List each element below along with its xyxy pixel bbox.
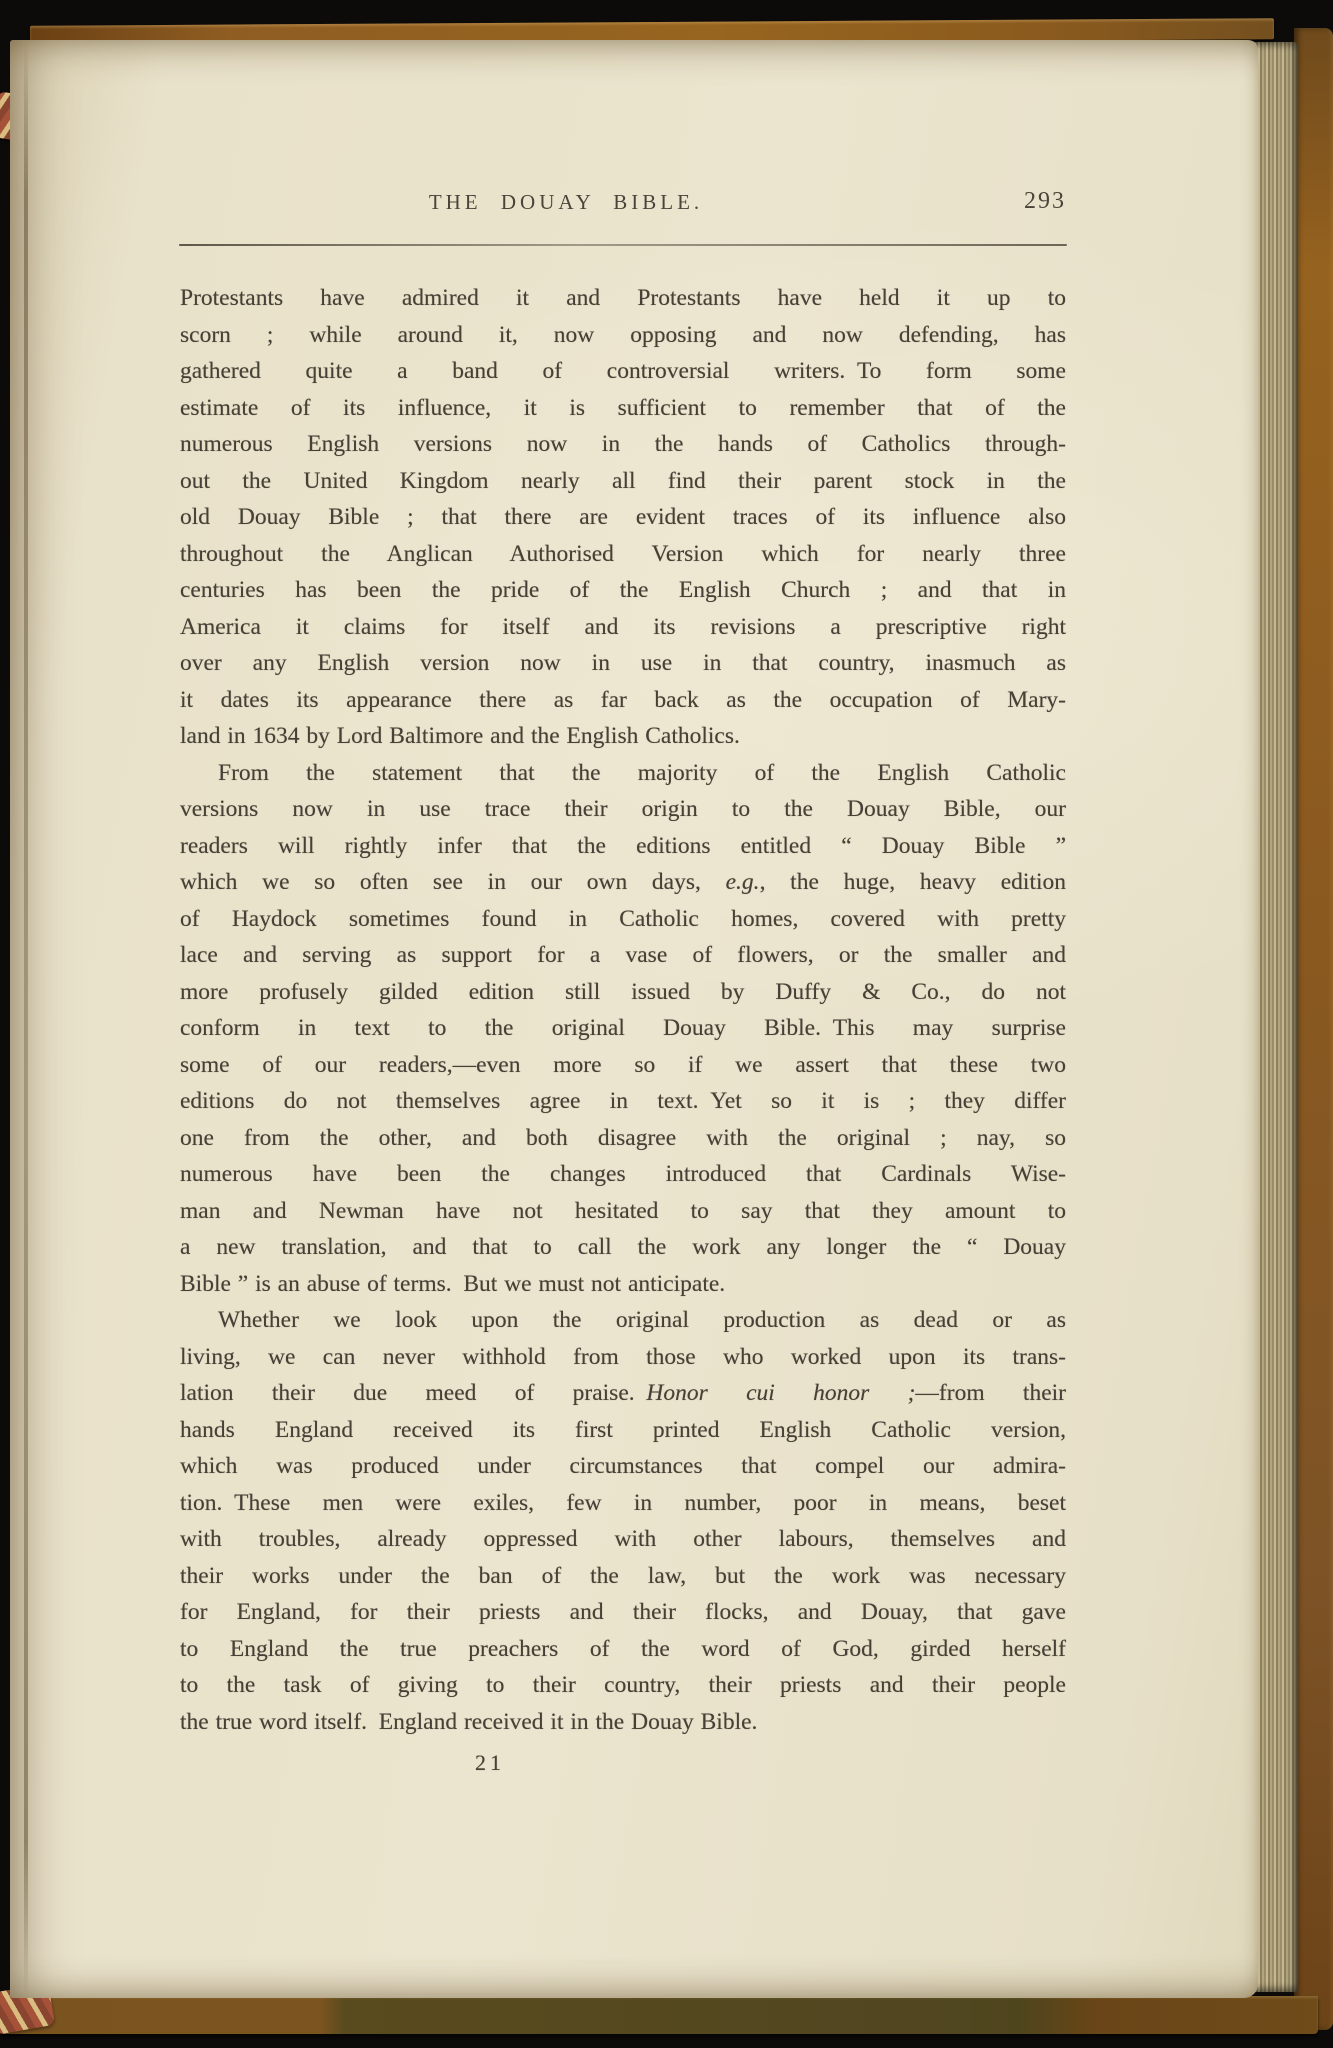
text-line: throughout the Anglican Authorised Versi… [180, 536, 1066, 573]
text-line: Protestants have admired it and Protesta… [180, 280, 1066, 317]
text-line: tion. These men were exiles, few in numb… [180, 1485, 1066, 1522]
text-line: land in 1634 by Lord Baltimore and the E… [180, 718, 1066, 755]
gutter-shadow [24, 40, 28, 1998]
paragraph: Whether we look upon the original produc… [180, 1302, 1066, 1740]
text-line: Whether we look upon the original produc… [180, 1302, 1066, 1339]
paragraph: From the statement that the majority of … [180, 755, 1066, 1303]
text-line: which we so often see in our own days, e… [180, 864, 1066, 901]
text-line: one from the other, and both disagree wi… [180, 1120, 1066, 1157]
page-header: THE DOUAY BIBLE. 293 [180, 190, 1066, 224]
text-line: numerous English versions now in the han… [180, 426, 1066, 463]
text-line: gathered quite a band of controversial w… [180, 353, 1066, 390]
text-line: which was produced under circumstances t… [180, 1448, 1066, 1485]
text-line: with troubles, already oppressed with ot… [180, 1521, 1066, 1558]
text-line: America it claims for itself and its rev… [180, 609, 1066, 646]
text-line: more profusely gilded edition still issu… [180, 974, 1066, 1011]
text-line: conform in text to the original Douay Bi… [180, 1010, 1066, 1047]
page-number: 293 [1024, 188, 1066, 215]
text-line: numerous have been the changes introduce… [180, 1156, 1066, 1193]
text-line: it dates its appearance there as far bac… [180, 682, 1066, 719]
text-line: a new translation, and that to call the … [180, 1229, 1066, 1266]
text-line: their works under the ban of the law, bu… [180, 1558, 1066, 1595]
book-scan: THE DOUAY BIBLE. 293 Protestants have ad… [0, 0, 1333, 2048]
text-line: the true word itself. England received i… [180, 1704, 1066, 1741]
text-line: some of our readers,—even more so if we … [180, 1047, 1066, 1084]
text-line: estimate of its influence, it is suffici… [180, 390, 1066, 427]
text-line: out the United Kingdom nearly all find t… [180, 463, 1066, 500]
text-line: lace and serving as support for a vase o… [180, 937, 1066, 974]
text-line: hands England received its first printed… [180, 1412, 1066, 1449]
text-line: centuries has been the pride of the Engl… [180, 572, 1066, 609]
body-text: Protestants have admired it and Protesta… [180, 280, 1066, 1740]
text-line: to England the true preachers of the wor… [180, 1631, 1066, 1668]
bottom-binding-edge [0, 1996, 1318, 2034]
header-rule [179, 244, 1067, 246]
text-line: lation their due meed of praise. Honor c… [180, 1375, 1066, 1412]
text-line: man and Newman have not hesitated to say… [180, 1193, 1066, 1230]
text-line: versions now in use trace their origin t… [180, 791, 1066, 828]
text-line: for England, for their priests and their… [180, 1594, 1066, 1631]
text-line: editions do not themselves agree in text… [180, 1083, 1066, 1120]
text-line: From the statement that the majority of … [180, 755, 1066, 792]
text-line: scorn ; while around it, now opposing an… [180, 317, 1066, 354]
text-line: to the task of giving to their country, … [180, 1667, 1066, 1704]
text-line: living, we can never withhold from those… [180, 1339, 1066, 1376]
signature-mark: 21 [420, 1750, 560, 1776]
text-line: old Douay Bible ; that there are evident… [180, 499, 1066, 536]
paragraph: Protestants have admired it and Protesta… [180, 280, 1066, 755]
text-line: over any English version now in use in t… [180, 645, 1066, 682]
text-line: of Haydock sometimes found in Catholic h… [180, 901, 1066, 938]
running-title: THE DOUAY BIBLE. [123, 190, 1009, 215]
text-line: readers will rightly infer that the edit… [180, 828, 1066, 865]
book-cover-edge [1294, 28, 1333, 2030]
text-line: Bible ” is an abuse of terms. But we mus… [180, 1266, 1066, 1303]
